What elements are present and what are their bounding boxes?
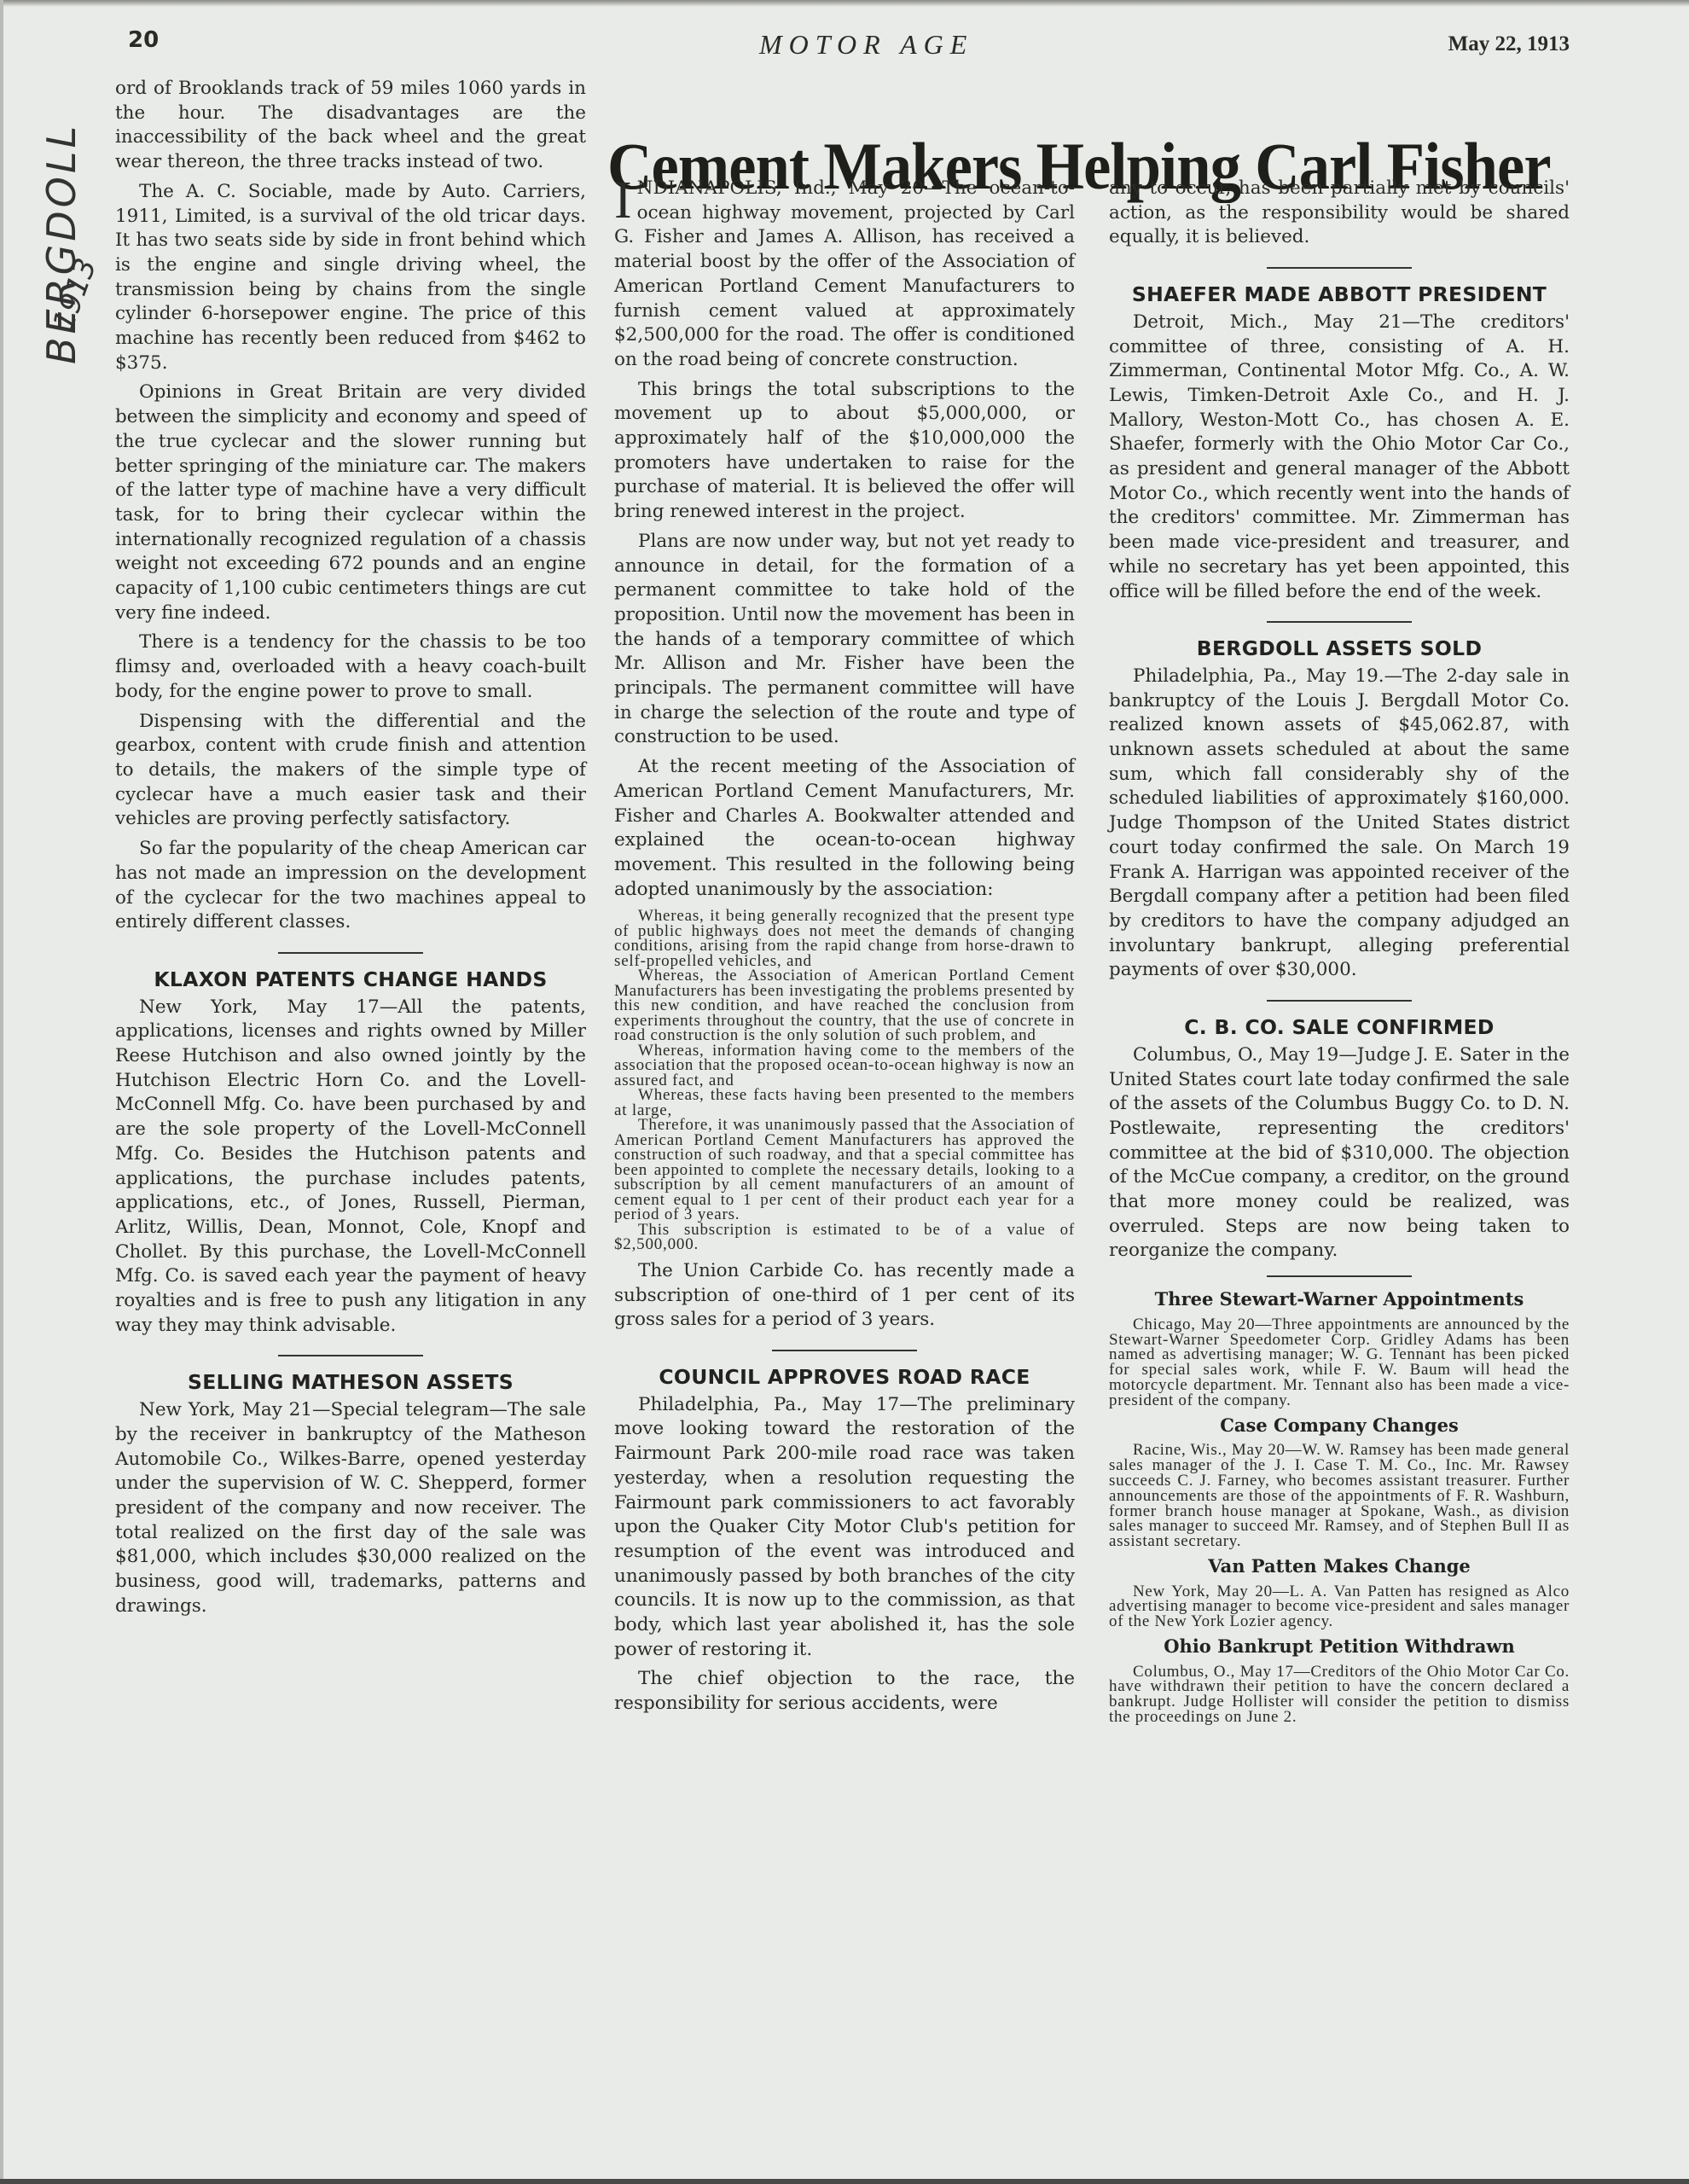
page-left-edge xyxy=(0,0,3,2184)
brief-body: Columbus, O., May 17—Creditors of the Oh… xyxy=(1109,1664,1570,1725)
paragraph: Dispensing with the differential and the… xyxy=(115,710,586,833)
resolution-clause: Therefore, it was unanimously passed tha… xyxy=(614,1118,1075,1223)
resolution-clause: This subscription is estimated to be of … xyxy=(614,1223,1075,1252)
page-bottom-edge xyxy=(0,2179,1689,2184)
paragraph: The Union Carbide Co. has recently made … xyxy=(614,1259,1075,1333)
bergdoll-body: Philadelphia, Pa., May 19.—The 2-day sal… xyxy=(1109,665,1570,983)
paragraph: The chief objection to the race, the res… xyxy=(614,1667,1075,1716)
section-divider xyxy=(278,952,423,954)
column-2: INDIANAPOLIS, Ind., May 20—The ocean-to-… xyxy=(614,177,1075,1722)
brief-heading: Case Company Changes xyxy=(1109,1414,1570,1438)
brief-body: New York, May 20—L. A. Van Patten has re… xyxy=(1109,1584,1570,1629)
council-heading: COUNCIL APPROVES ROAD RACE xyxy=(614,1365,1075,1390)
brief-heading: Van Patten Makes Change xyxy=(1109,1554,1570,1579)
lead-text: NDIANAPOLIS, Ind., May 20—The ocean-to-o… xyxy=(614,177,1075,370)
journal-title: MOTOR AGE xyxy=(759,29,973,61)
main-article-lead: INDIANAPOLIS, Ind., May 20—The ocean-to-… xyxy=(614,177,1075,373)
brief-body: Chicago, May 20—Three appointments are a… xyxy=(1109,1317,1570,1409)
paragraph: Opinions in Great Britain are very divid… xyxy=(115,380,586,625)
shaefer-heading: SHAEFER MADE ABBOTT PRESIDENT xyxy=(1109,282,1570,307)
column-1: ord of Brooklands track of 59 miles 1060… xyxy=(115,77,586,1623)
brief-heading: Three Stewart-Warner Appointments xyxy=(1109,1287,1570,1312)
paragraph: Philadelphia, Pa., May 17—The preliminar… xyxy=(614,1393,1075,1663)
council-continuation: any to occur, has been partially met by … xyxy=(1109,177,1570,250)
brief-heading: Ohio Bankrupt Petition Withdrawn xyxy=(1109,1635,1570,1659)
klaxon-heading: KLAXON PATENTS CHANGE HANDS xyxy=(115,967,586,992)
brief-item: Three Stewart-Warner Appointments Chicag… xyxy=(1109,1287,1570,1408)
bergdoll-heading: BERGDOLL ASSETS SOLD xyxy=(1109,636,1570,661)
paragraph: This brings the total subscriptions to t… xyxy=(614,378,1075,525)
brief-item: Case Company Changes Racine, Wis., May 2… xyxy=(1109,1414,1570,1549)
brief-item: Van Patten Makes Change New York, May 20… xyxy=(1109,1554,1570,1629)
section-divider xyxy=(1267,1275,1412,1277)
resolution-clause: Whereas, these facts having been present… xyxy=(614,1088,1075,1118)
paragraph: At the recent meeting of the Association… xyxy=(614,755,1075,902)
shaefer-body: Detroit, Mich., May 21—The creditors' co… xyxy=(1109,311,1570,604)
handwritten-margin-note: BERGDOLL 1913 xyxy=(19,128,96,384)
continued-paragraph: ord of Brooklands track of 59 miles 1060… xyxy=(115,77,586,175)
section-divider xyxy=(1267,1000,1412,1002)
cbco-body: Columbus, O., May 19—Judge J. E. Sater i… xyxy=(1109,1043,1570,1263)
brief-body: Racine, Wis., May 20—W. W. Ramsey has be… xyxy=(1109,1443,1570,1549)
section-divider xyxy=(278,1355,423,1356)
section-divider xyxy=(1267,621,1412,623)
paragraph: Plans are now under way, but not yet rea… xyxy=(614,530,1075,750)
matheson-body: New York, May 21—Special telegram—The sa… xyxy=(115,1398,586,1618)
resolution-clause: Whereas, it being generally recognized t… xyxy=(614,909,1075,968)
resolution-clause: Whereas, information having come to the … xyxy=(614,1043,1075,1089)
page-number: 20 xyxy=(128,27,159,53)
section-divider xyxy=(772,1350,917,1351)
issue-date: May 22, 1913 xyxy=(1448,32,1570,56)
brief-item: Ohio Bankrupt Petition Withdrawn Columbu… xyxy=(1109,1635,1570,1725)
paragraph: The A. C. Sociable, made by Auto. Carrie… xyxy=(115,180,586,376)
paragraph: There is a tendency for the chassis to b… xyxy=(115,630,586,704)
column-3: any to occur, has been partially met by … xyxy=(1109,177,1570,1725)
cbco-heading: C. B. CO. SALE CONFIRMED xyxy=(1109,1015,1570,1040)
klaxon-body: New York, May 17—All the patents, applic… xyxy=(115,996,586,1339)
page-top-edge xyxy=(0,0,1689,7)
section-divider xyxy=(1267,267,1412,269)
drop-cap: I xyxy=(614,178,632,223)
matheson-heading: SELLING MATHESON ASSETS xyxy=(115,1370,586,1395)
paragraph: So far the popularity of the cheap Ameri… xyxy=(115,837,586,935)
resolution-quote: Whereas, it being generally recognized t… xyxy=(614,909,1075,1252)
resolution-clause: Whereas, the Association of American Por… xyxy=(614,968,1075,1043)
running-header: 20 MOTOR AGE May 22, 1913 xyxy=(128,27,1570,61)
